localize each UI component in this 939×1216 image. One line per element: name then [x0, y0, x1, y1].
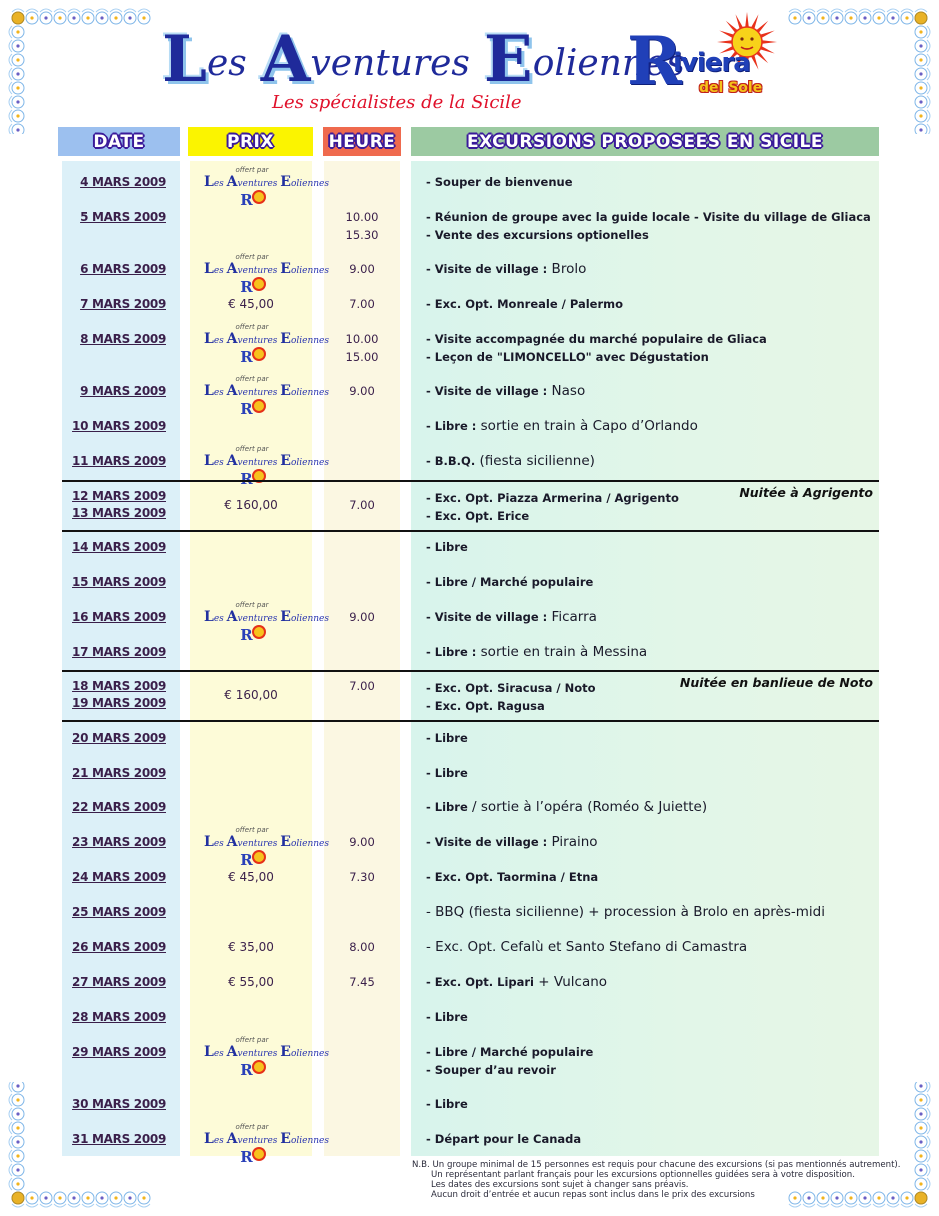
time-cell: 10.0015.00	[324, 331, 400, 366]
sponsor-brand-logo: Les Aventures Eoliennes	[204, 1132, 300, 1148]
excursion-line: - Visite de village : Piraino	[426, 834, 876, 852]
sponsor-brand-logo: Les Aventures Eoliennes	[204, 262, 300, 278]
excursion-line: - Exc. Opt. Lipari + Vulcano	[426, 974, 876, 992]
date-cell: 31 MARS 2009	[60, 1131, 166, 1148]
ornament-corner-top-right	[785, 4, 935, 134]
footnote-line: N.B. Un groupe minimal de 15 personnes e…	[412, 1160, 872, 1170]
excursion-cell: - Libre	[426, 730, 876, 748]
time-cell: 7.00	[324, 296, 400, 314]
section-divider	[62, 530, 879, 532]
time-cell: 7.00	[324, 678, 400, 696]
sun-icon	[254, 627, 264, 637]
excursion-cell: - Exc. Opt. Monreale / Palermo	[426, 296, 876, 314]
excursion-line: - Libre : sortie en train à Capo d’Orlan…	[426, 418, 876, 436]
time-cell: 10.0015.30	[324, 209, 400, 244]
footnote-line: Un représentant parlant français pour le…	[412, 1170, 872, 1180]
sponsor-riviera-logo: R	[204, 1061, 300, 1079]
date-cell: 15 MARS 2009	[60, 574, 166, 591]
date-cell: 29 MARS 2009	[60, 1044, 166, 1061]
sun-icon	[254, 349, 264, 359]
footnote-line: Les dates des excursions sont sujet à ch…	[412, 1180, 872, 1190]
excursion-line: - Libre	[426, 1096, 876, 1114]
excursion-line: - Libre	[426, 730, 876, 748]
time-cell: 7.30	[324, 869, 400, 887]
date-cell: 28 MARS 2009	[60, 1009, 166, 1026]
sponsor-offered-by: offert par Les Aventures Eoliennes R	[204, 323, 300, 369]
footnotes: N.B. Un groupe minimal de 15 personnes e…	[412, 1160, 872, 1200]
date-cell: 18 MARS 200919 MARS 2009	[60, 678, 166, 712]
time-cell: 9.00	[324, 383, 400, 401]
excursion-cell: - Visite de village : Ficarra	[426, 609, 876, 627]
date-cell: 4 MARS 2009	[60, 174, 166, 191]
sponsor-offered-by: offert par Les Aventures Eoliennes R	[204, 1123, 300, 1169]
excursion-cell: - B.B.Q. (fiesta sicilienne)	[426, 453, 876, 471]
excursion-cell: - Réunion de groupe avec la guide locale…	[426, 209, 876, 244]
sponsor-brand-logo: Les Aventures Eoliennes	[204, 1045, 300, 1061]
date-cell: 27 MARS 2009	[60, 974, 166, 991]
column-header-prix: PRIX	[188, 127, 313, 156]
brand-word: Les	[162, 28, 247, 92]
sun-icon	[254, 1062, 264, 1072]
excursion-line: - Visite accompagnée du marché populaire…	[426, 331, 876, 349]
sponsor-riviera-logo: R	[204, 626, 300, 644]
sponsor-riviera-logo: R	[204, 851, 300, 869]
sponsor-offered-by: offert par Les Aventures Eoliennes R	[204, 445, 300, 491]
sponsor-brand-logo: Les Aventures Eoliennes	[204, 835, 300, 851]
price-cell: € 35,00	[190, 939, 312, 956]
sponsor-riviera-logo: R	[204, 1148, 300, 1166]
sponsor-riviera-logo: R	[204, 191, 300, 209]
sun-icon	[254, 192, 264, 202]
excursion-cell: - BBQ (fiesta sicilienne) + procession à…	[426, 904, 876, 922]
time-cell: 8.00	[324, 939, 400, 957]
excursion-cell: - Visite de village : Brolo	[426, 261, 876, 279]
excursion-cell: - Libre	[426, 1096, 876, 1114]
overnight-note: Nuitée en banlieue de Noto	[680, 675, 873, 690]
excursion-cell: - Exc. Opt. Lipari + Vulcano	[426, 974, 876, 992]
excursion-line: - Souper de bienvenue	[426, 174, 876, 192]
excursion-line: - Libre : sortie en train à Messina	[426, 644, 876, 662]
date-cell: 8 MARS 2009	[60, 331, 166, 348]
date-cell: 23 MARS 2009	[60, 834, 166, 851]
sponsor-brand-logo: Les Aventures Eoliennes	[204, 454, 300, 470]
date-cell: 5 MARS 2009	[60, 209, 166, 226]
sponsor-offered-by: offert par Les Aventures Eoliennes R	[204, 1036, 300, 1082]
excursion-cell: - Départ pour le Canada	[426, 1131, 876, 1149]
excursion-cell: - Libre : sortie en train à Messina	[426, 644, 876, 662]
date-cell: 22 MARS 2009	[60, 799, 166, 816]
sponsor-brand-logo: Les Aventures Eoliennes	[204, 610, 300, 626]
filigree-ornament-icon	[785, 4, 935, 134]
date-cell: 11 MARS 2009	[60, 453, 166, 470]
excursion-line: - Réunion de groupe avec la guide locale…	[426, 209, 876, 227]
time-cell: 7.45	[324, 974, 400, 992]
excursion-cell: - Visite de village : Piraino	[426, 834, 876, 852]
brand-logo-les-aventures-eoliennes: Les Aventures Eoliennes	[162, 22, 602, 98]
date-cell: 14 MARS 2009	[60, 539, 166, 556]
partner-logo-riviera-del-sole: R iviera del Sole	[625, 10, 775, 105]
excursion-line: - Souper d’au revoir	[426, 1062, 876, 1080]
date-cell: 12 MARS 200913 MARS 2009	[60, 488, 166, 522]
sponsor-riviera-logo: R	[204, 400, 300, 418]
excursion-line: - Exc. Opt. Taormina / Etna	[426, 869, 876, 887]
excursion-cell: - Souper de bienvenue	[426, 174, 876, 192]
excursion-cell: - Libre	[426, 1009, 876, 1027]
filigree-ornament-icon	[4, 4, 154, 134]
time-cell: 9.00	[324, 609, 400, 627]
excursion-cell: - Exc. Opt. Taormina / Etna	[426, 869, 876, 887]
excursion-line: - Libre	[426, 539, 876, 557]
date-cell: 10 MARS 2009	[60, 418, 166, 435]
price-cell: € 160,00	[190, 497, 312, 514]
date-cell: 9 MARS 2009	[60, 383, 166, 400]
column-header-date: DATE	[58, 127, 180, 156]
sun-icon	[254, 401, 264, 411]
price-cell: € 45,00	[190, 869, 312, 886]
date-cell: 30 MARS 2009	[60, 1096, 166, 1113]
date-cell: 21 MARS 2009	[60, 765, 166, 782]
date-cell: 6 MARS 2009	[60, 261, 166, 278]
sponsor-offered-by: offert par Les Aventures Eoliennes R	[204, 253, 300, 299]
overnight-note: Nuitée à Agrigento	[739, 485, 873, 500]
sponsor-offered-by: offert par Les Aventures Eoliennes R	[204, 826, 300, 872]
column-header-heure: HEURE	[323, 127, 401, 156]
brand-word: Aventures	[261, 28, 470, 92]
sponsor-riviera-logo: R	[204, 348, 300, 366]
date-cell: 20 MARS 2009	[60, 730, 166, 747]
price-cell: € 160,00	[190, 687, 312, 704]
sponsor-offered-by: offert par Les Aventures Eoliennes R	[204, 601, 300, 647]
sun-icon	[254, 1149, 264, 1159]
column-header-excursions: EXCURSIONS PROPOSEES EN SICILE	[411, 127, 879, 156]
excursion-line: - BBQ (fiesta sicilienne) + procession à…	[426, 904, 876, 922]
excursion-line: - Visite de village : Ficarra	[426, 609, 876, 627]
price-cell: € 45,00	[190, 296, 312, 313]
section-divider	[62, 670, 879, 672]
excursion-cell: - Visite accompagnée du marché populaire…	[426, 331, 876, 366]
excursion-line: - Libre	[426, 765, 876, 783]
excursion-cell: - Libre	[426, 539, 876, 557]
date-cell: 7 MARS 2009	[60, 296, 166, 313]
excursion-cell: - Visite de village : Naso	[426, 383, 876, 401]
sponsor-riviera-logo: R	[204, 278, 300, 296]
excursion-line: - Visite de village : Brolo	[426, 261, 876, 279]
excursion-cell: - Libre	[426, 765, 876, 783]
date-cell: 26 MARS 2009	[60, 939, 166, 956]
time-cell: 9.00	[324, 834, 400, 852]
excursion-line: - Exc. Opt. Ragusa	[426, 698, 876, 716]
sun-icon	[254, 852, 264, 862]
sponsor-brand-logo: Les Aventures Eoliennes	[204, 332, 300, 348]
date-cell: 17 MARS 2009	[60, 644, 166, 661]
excursion-cell: - Exc. Opt. Cefalù et Santo Stefano di C…	[426, 939, 876, 957]
time-cell: 9.00	[324, 261, 400, 279]
sun-icon	[254, 279, 264, 289]
price-cell: € 55,00	[190, 974, 312, 991]
sponsor-brand-logo: Les Aventures Eoliennes	[204, 175, 300, 191]
excursion-line: - Exc. Opt. Monreale / Palermo	[426, 296, 876, 314]
section-divider	[62, 480, 879, 482]
sponsor-offered-by: offert par Les Aventures Eoliennes R	[204, 166, 300, 212]
tagline: Les spécialistes de la Sicile	[272, 92, 522, 113]
sponsor-offered-by: offert par Les Aventures Eoliennes R	[204, 375, 300, 421]
excursion-line: - Libre / Marché populaire	[426, 1044, 876, 1062]
excursion-cell: - Libre : sortie en train à Capo d’Orlan…	[426, 418, 876, 436]
excursion-line: - Libre / sortie à l’opéra (Roméo & Juie…	[426, 799, 876, 817]
section-divider	[62, 720, 879, 722]
sponsor-brand-logo: Les Aventures Eoliennes	[204, 384, 300, 400]
excursion-line: - Libre	[426, 1009, 876, 1027]
date-cell: 25 MARS 2009	[60, 904, 166, 921]
excursion-line: - Leçon de "LIMONCELLO" avec Dégustation	[426, 349, 876, 367]
excursion-cell: - Libre / Marché populaire- Souper d’au …	[426, 1044, 876, 1079]
excursion-line: - Visite de village : Naso	[426, 383, 876, 401]
excursion-line: - Départ pour le Canada	[426, 1131, 876, 1149]
excursion-line: - Vente des excursions optionelles	[426, 227, 876, 245]
date-cell: 16 MARS 2009	[60, 609, 166, 626]
excursion-cell: - Libre / Marché populaire	[426, 574, 876, 592]
excursion-line: - Exc. Opt. Erice	[426, 508, 876, 526]
ornament-corner-top-left	[4, 4, 154, 134]
excursion-line: - Exc. Opt. Cefalù et Santo Stefano di C…	[426, 939, 876, 957]
footnote-line: Aucun droit d’entrée et aucun repas sont…	[412, 1190, 872, 1200]
excursion-line: - Libre / Marché populaire	[426, 574, 876, 592]
time-cell: 7.00	[324, 497, 400, 515]
excursion-cell: - Libre / sortie à l’opéra (Roméo & Juie…	[426, 799, 876, 817]
excursion-line: - B.B.Q. (fiesta sicilienne)	[426, 453, 876, 471]
sponsor-riviera-logo: R	[204, 470, 300, 488]
date-cell: 24 MARS 2009	[60, 869, 166, 886]
